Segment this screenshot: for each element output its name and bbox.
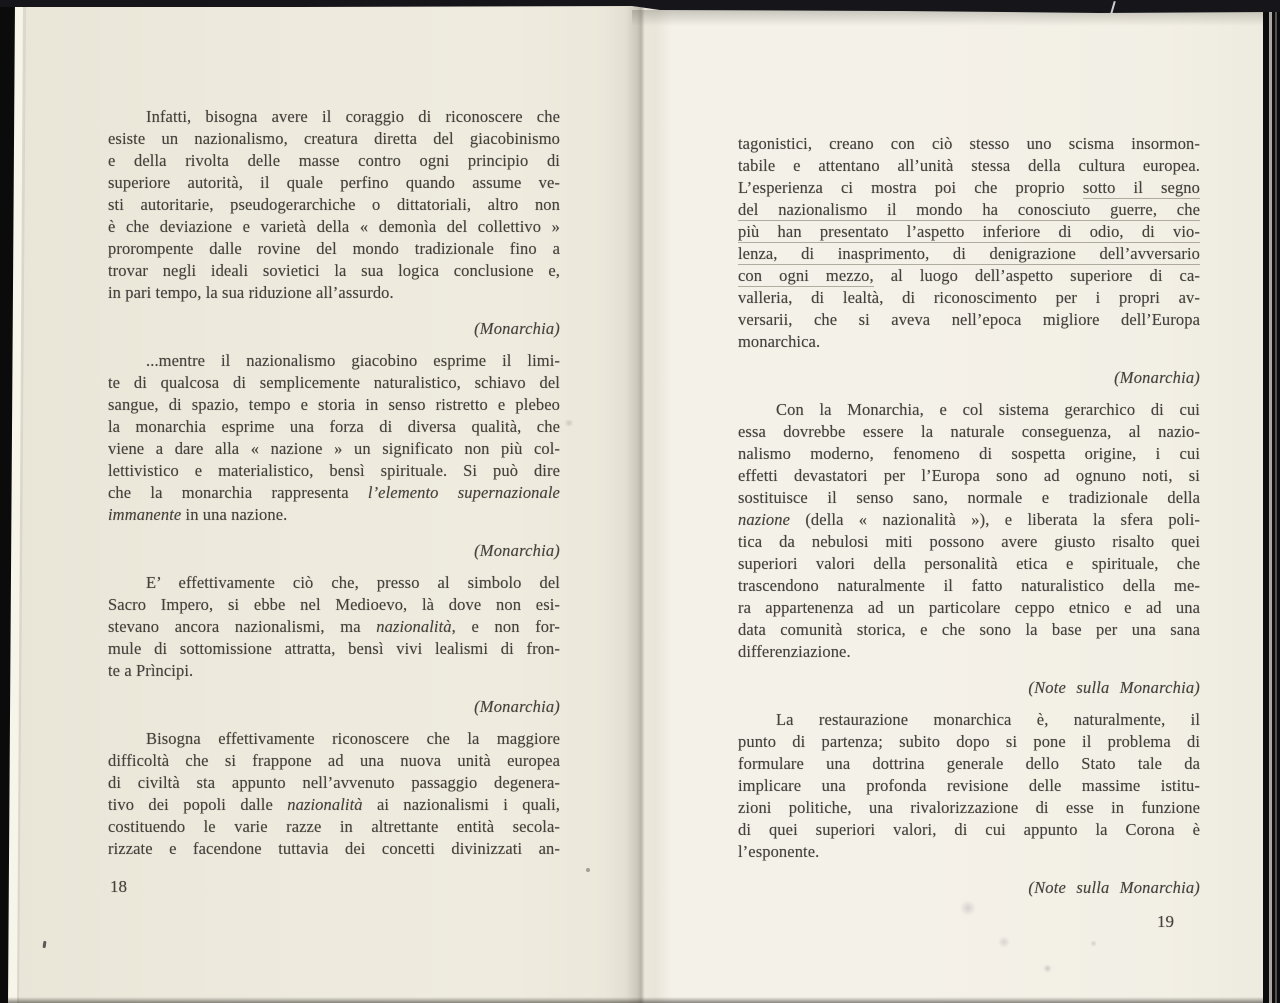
- text-line: di quei superiori valori, di cui appunto…: [738, 819, 1200, 841]
- page-right: tagonistici, creano con ciò stesso uno s…: [738, 133, 1200, 933]
- text-line: rizzate e facendone tuttavia dei concett…: [108, 838, 560, 860]
- text-segment: punto di partenza; subito dopo si pone i…: [738, 732, 1200, 751]
- page-number-left: 18: [108, 876, 560, 898]
- text-line: trascendono naturalmente il fatto natura…: [738, 575, 1200, 597]
- text-line: sostituisce il senso sano, normale e tra…: [738, 487, 1200, 509]
- text-line: trovar negli ideali sovietici la sua log…: [108, 260, 560, 282]
- text-segment: ai nazionalismi i quali,: [363, 795, 560, 814]
- text-line: Infatti, bisogna avere il coraggio di ri…: [108, 106, 560, 128]
- text-segment: zioni politiche, una rivalorizzazione di…: [738, 798, 1200, 817]
- scanned-book-spread: Infatti, bisogna avere il coraggio di ri…: [0, 0, 1280, 1003]
- paper-speck: [586, 868, 590, 872]
- text-line: che la monarchia rappresenta l’elemento …: [108, 482, 560, 504]
- text-line: ...mentre il nazionalismo giacobino espr…: [108, 350, 560, 372]
- pencil-underlined-text: sotto il segno: [1083, 178, 1200, 199]
- text-line: data comunità storica, e che sono la bas…: [738, 619, 1200, 641]
- text-line: l’esponente.: [738, 841, 1200, 863]
- text-segment: (della « nazionalità »), e liberata la s…: [790, 510, 1200, 529]
- attribution-label: (Monarchia): [108, 318, 560, 340]
- scan-right-black-edge: [1263, 0, 1280, 1003]
- text-line: è che deviazione e varietà della « demon…: [108, 216, 560, 238]
- text-segment: trascendono naturalmente il fatto natura…: [738, 576, 1200, 595]
- page-left-text: Infatti, bisogna avere il coraggio di ri…: [108, 106, 560, 860]
- attribution-label: (Note sulla Monarchia): [738, 877, 1200, 899]
- text-segment: te di qualcosa di semplicemente naturali…: [108, 373, 560, 392]
- text-line: Bisogna effettivamente riconoscere che l…: [108, 728, 560, 750]
- text-line: immanente in una nazione.: [108, 504, 560, 526]
- text-line: valleria, di lealtà, di riconoscimento p…: [738, 287, 1200, 309]
- page-right-text: tagonistici, creano con ciò stesso uno s…: [738, 133, 1200, 899]
- text-line: zioni politiche, una rivalorizzazione di…: [738, 797, 1200, 819]
- text-segment: stevano ancora nazionalismi, ma: [108, 617, 376, 636]
- text-line: L’esperienza ci mostra poi che proprio s…: [738, 177, 1200, 199]
- paragraph: Con la Monarchia, e col sistema gerarchi…: [738, 399, 1200, 663]
- text-segment: trovar negli ideali sovietici la sua log…: [108, 261, 560, 280]
- text-line: di civiltà sta appunto nell’avvenuto pas…: [108, 772, 560, 794]
- text-line: sangue, di spazio, tempo e storia in sen…: [108, 394, 560, 416]
- attribution-label: (Note sulla Monarchia): [738, 677, 1200, 699]
- paragraph: Infatti, bisogna avere il coraggio di ri…: [108, 106, 560, 304]
- text-segment: Con la Monarchia, e col sistema gerarchi…: [776, 400, 1200, 419]
- text-line: monarchica.: [738, 331, 1200, 353]
- paper-smudge: [1043, 964, 1052, 973]
- pencil-underlined-text: del nazionalismo il mondo ha conosciuto …: [738, 200, 1200, 221]
- text-segment: , e non for-: [452, 617, 560, 636]
- italic-text: l’elemento supernazionale: [368, 483, 560, 502]
- text-line: in pari tempo, la sua riduzione all’assu…: [108, 282, 560, 304]
- paragraph: E’ effettivamente ciò che, presso al sim…: [108, 572, 560, 682]
- text-line: del nazionalismo il mondo ha conosciuto …: [738, 199, 1200, 221]
- text-line: mule di sottomissione attratta, bensì vi…: [108, 638, 560, 660]
- text-line: viene a dare alla « nazione » un signifi…: [108, 438, 560, 460]
- text-segment: l’esponente.: [738, 842, 819, 861]
- text-segment: sti autoritarie, pseudogerarchiche o dit…: [108, 195, 560, 214]
- text-segment: differenziazione.: [738, 642, 851, 661]
- text-segment: la monarchia esprime una forza di divers…: [108, 417, 560, 436]
- text-line: differenziazione.: [738, 641, 1200, 663]
- text-line: tica da nebulosi miti possono avere gius…: [738, 531, 1200, 553]
- text-line: La restaurazione monarchica è, naturalme…: [738, 709, 1200, 731]
- text-segment: tivo dei popoli dalle: [108, 795, 287, 814]
- paragraph: La restaurazione monarchica è, naturalme…: [738, 709, 1200, 863]
- attribution-label: (Monarchia): [738, 367, 1200, 389]
- text-segment: effetti devastatori per l’Europa sono ad…: [738, 466, 1200, 485]
- text-line: la monarchia esprime una forza di divers…: [108, 416, 560, 438]
- page-edge-highlight: [1269, 0, 1272, 1003]
- text-segment: prorompente dalle rovine del mondo tradi…: [108, 239, 560, 258]
- text-line: prorompente dalle rovine del mondo tradi…: [108, 238, 560, 260]
- text-segment: ...mentre il nazionalismo giacobino espr…: [146, 351, 560, 370]
- text-segment: in pari tempo, la sua riduzione all’assu…: [108, 283, 394, 302]
- paper-smudge: [563, 420, 575, 426]
- text-segment: formulare una dottrina generale dello St…: [738, 754, 1200, 773]
- text-segment: implicare una profonda revisione delle m…: [738, 776, 1200, 795]
- text-line: formulare una dottrina generale dello St…: [738, 753, 1200, 775]
- text-segment: superiori valori della personalità etica…: [738, 554, 1200, 573]
- text-line: ra appartenenza ad un particolare ceppo …: [738, 597, 1200, 619]
- page-left: Infatti, bisogna avere il coraggio di ri…: [108, 106, 560, 898]
- text-segment: sostituisce il senso sano, normale e tra…: [738, 488, 1200, 507]
- text-segment: tica da nebulosi miti possono avere gius…: [738, 532, 1200, 551]
- attribution-label: (Monarchia): [108, 696, 560, 718]
- text-segment: di civiltà sta appunto nell’avvenuto pas…: [108, 773, 560, 792]
- text-segment: è che deviazione e varietà della « demon…: [108, 217, 560, 236]
- text-segment: Sacro Impero, si ebbe nel Medioevo, là d…: [108, 595, 560, 614]
- text-segment: rizzate e facendone tuttavia dei concett…: [108, 839, 560, 858]
- text-segment: esiste un nazionalismo, creatura diretta…: [108, 129, 560, 148]
- text-segment: e della rivolta delle masse contro ogni …: [108, 151, 560, 170]
- paragraph: ...mentre il nazionalismo giacobino espr…: [108, 350, 560, 526]
- text-line: costituendo le varie razze in altrettant…: [108, 816, 560, 838]
- text-line: Con la Monarchia, e col sistema gerarchi…: [738, 399, 1200, 421]
- text-line: sti autoritarie, pseudogerarchiche o dit…: [108, 194, 560, 216]
- text-segment: monarchica.: [738, 332, 820, 351]
- text-line: implicare una profonda revisione delle m…: [738, 775, 1200, 797]
- text-line: te a Prìncipi.: [108, 660, 560, 682]
- text-line: lenza, di inasprimento, di denigrazione …: [738, 243, 1200, 265]
- text-line: esiste un nazionalismo, creatura diretta…: [108, 128, 560, 150]
- pencil-underlined-text: più han presentato l’aspetto inferiore d…: [738, 222, 1200, 243]
- text-segment: di quei superiori valori, di cui appunto…: [738, 820, 1200, 839]
- text-segment: L’esperienza ci mostra poi che proprio: [738, 178, 1083, 197]
- attribution-label: (Monarchia): [108, 540, 560, 562]
- text-line: lettivistico e materialistico, bensì spi…: [108, 460, 560, 482]
- text-segment: in una nazione.: [181, 505, 287, 524]
- text-segment: tabile e attentano all’unità stessa dell…: [738, 156, 1200, 175]
- text-segment: viene a dare alla « nazione » un signifi…: [108, 439, 560, 458]
- text-line: tivo dei popoli dalle nazionalità ai naz…: [108, 794, 560, 816]
- text-segment: nalismo moderno, fenomeno di sospetta or…: [738, 444, 1200, 463]
- text-segment: mule di sottomissione attratta, bensì vi…: [108, 639, 560, 658]
- text-line: più han presentato l’aspetto inferiore d…: [738, 221, 1200, 243]
- italic-text: nazionalità: [376, 617, 451, 636]
- text-segment: data comunità storica, e che sono la bas…: [738, 620, 1200, 639]
- pencil-underlined-text: con ogni mezzo,: [738, 266, 874, 287]
- text-segment: sangue, di spazio, tempo e storia in sen…: [108, 395, 560, 414]
- pencil-underlined-text: lenza, di inasprimento, di denigrazione …: [738, 244, 1200, 265]
- text-line: Sacro Impero, si ebbe nel Medioevo, là d…: [108, 594, 560, 616]
- text-line: versarii, che si aveva nell’epoca miglio…: [738, 309, 1200, 331]
- text-line: con ogni mezzo, al luogo dell’aspetto su…: [738, 265, 1200, 287]
- text-line: e della rivolta delle masse contro ogni …: [108, 150, 560, 172]
- text-segment: essa dovrebbe essere la naturale consegu…: [738, 422, 1200, 441]
- text-line: superiori valori della personalità etica…: [738, 553, 1200, 575]
- text-segment: superiore autorità, il quale perfino qua…: [108, 173, 560, 192]
- text-segment: al luogo dell’aspetto superiore di ca-: [874, 266, 1200, 285]
- text-line: punto di partenza; subito dopo si pone i…: [738, 731, 1200, 753]
- page-number-right: 19: [738, 911, 1200, 933]
- text-segment: La restaurazione monarchica è, naturalme…: [776, 710, 1200, 729]
- italic-text: immanente: [108, 505, 181, 524]
- text-segment: Bisogna effettivamente riconoscere che l…: [146, 729, 560, 748]
- text-segment: versarii, che si aveva nell’epoca miglio…: [738, 310, 1200, 329]
- text-segment: che la monarchia rappresenta: [108, 483, 368, 502]
- book-gutter-shadow: [626, 0, 656, 1003]
- text-segment: E’ effettivamente ciò che, presso al sim…: [146, 573, 560, 592]
- italic-text: nazione: [738, 510, 790, 529]
- text-segment: difficoltà che si frappone ad una nuova …: [108, 751, 560, 770]
- text-line: effetti devastatori per l’Europa sono ad…: [738, 465, 1200, 487]
- text-line: essa dovrebbe essere la naturale consegu…: [738, 421, 1200, 443]
- text-line: tabile e attentano all’unità stessa dell…: [738, 155, 1200, 177]
- text-line: stevano ancora nazionalismi, ma nazional…: [108, 616, 560, 638]
- italic-text: nazionalità: [287, 795, 362, 814]
- text-segment: tagonistici, creano con ciò stesso uno s…: [738, 134, 1200, 153]
- text-line: tagonistici, creano con ciò stesso uno s…: [738, 133, 1200, 155]
- paragraph: Bisogna effettivamente riconoscere che l…: [108, 728, 560, 860]
- paragraph: tagonistici, creano con ciò stesso uno s…: [738, 133, 1200, 353]
- text-segment: valleria, di lealtà, di riconoscimento p…: [738, 288, 1200, 307]
- text-segment: te a Prìncipi.: [108, 661, 193, 680]
- text-segment: ra appartenenza ad un particolare ceppo …: [738, 598, 1200, 617]
- paper-smudge: [998, 936, 1010, 948]
- paper-smudge: [1090, 940, 1097, 947]
- scan-bottom-edge-shadow: [0, 997, 1280, 1003]
- text-line: E’ effettivamente ciò che, presso al sim…: [108, 572, 560, 594]
- text-line: nazione (della « nazionalità »), e liber…: [738, 509, 1200, 531]
- text-segment: lettivistico e materialistico, bensì spi…: [108, 461, 560, 480]
- text-segment: Infatti, bisogna avere il coraggio di ri…: [146, 107, 560, 126]
- text-line: superiore autorità, il quale perfino qua…: [108, 172, 560, 194]
- text-line: nalismo moderno, fenomeno di sospetta or…: [738, 443, 1200, 465]
- text-line: difficoltà che si frappone ad una nuova …: [108, 750, 560, 772]
- text-segment: costituendo le varie razze in altrettant…: [108, 817, 560, 836]
- text-line: te di qualcosa di semplicemente naturali…: [108, 372, 560, 394]
- page-edge-highlight-2: [1275, 0, 1277, 1003]
